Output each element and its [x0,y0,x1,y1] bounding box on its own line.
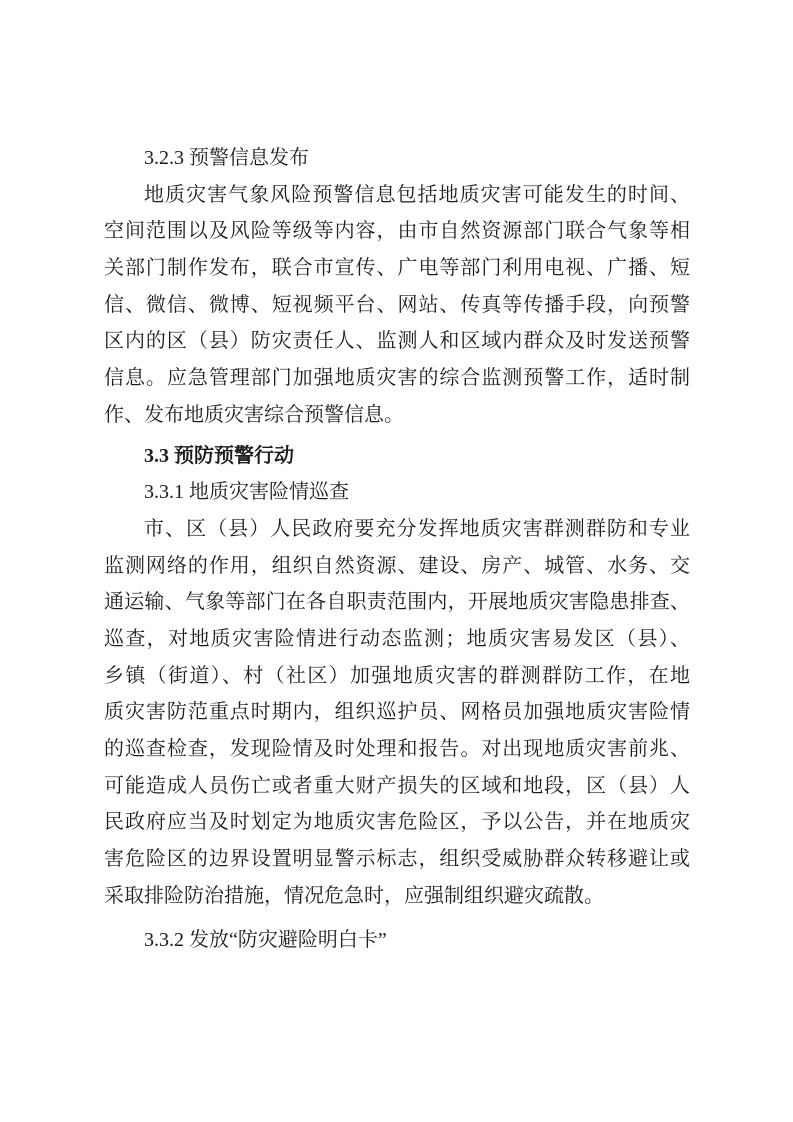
paragraph-1-line: 区内的区（县）防灾责任人、监测人和区域内群众及时发送预警 [104,323,690,360]
paragraph-2-line: 乡镇（街道）、村（社区）加强地质灾害的群测群防工作，在地 [104,658,690,695]
paragraph-2-line: 采取排险防治措施，情况危急时，应强制组织避灾疏散。 [104,878,690,915]
paragraph-2-line: 可能造成人员伤亡或者重大财产损失的区域和地段，区（县）人 [104,768,690,805]
paragraph-1-line: 作、发布地质灾害综合预警信息。 [104,397,690,434]
paragraph-2-line: 通运输、气象等部门在各自职责范围内，开展地质灾害隐患排查、 [104,584,690,621]
paragraph-2-line: 的巡查检查，发现险情及时处理和报告。对出现地质灾害前兆、 [104,731,690,768]
paragraph-2-line: 质灾害防范重点时期内，组织巡护员、网格员加强地质灾害险情 [104,694,690,731]
paragraph-2-line: 巡查，对地质灾害险情进行动态监测；地质灾害易发区（县）、 [104,621,690,658]
paragraph-2-line: 害危险区的边界设置明显警示标志，组织受威胁群众转移避让或 [104,841,690,878]
section-heading-3-3: 3.3 预防预警行动 [104,438,690,475]
paragraph-2-line: 市、区（县）人民政府要充分发挥地质灾害群测群防和专业 [104,511,690,548]
paragraph-1-line: 空间范围以及风险等级等内容，由市自然资源部门联合气象等相 [104,213,690,250]
section-heading-3-3-2: 3.3.2 发放“防灾避险明白卡” [104,922,690,959]
paragraph-2-line: 监测网络的作用，组织自然资源、建设、房产、城管、水务、交 [104,548,690,585]
section-heading-3-2-3: 3.2.3 预警信息发布 [104,140,690,177]
section-heading-3-3-1: 3.3.1 地质灾害险情巡查 [104,474,690,511]
paragraph-1-line: 信、微信、微博、短视频平台、网站、传真等传播手段，向预警 [104,287,690,324]
paragraph-1-line: 信息。应急管理部门加强地质灾害的综合监测预警工作，适时制 [104,360,690,397]
document-body: 3.2.3 预警信息发布 地质灾害气象风险预警信息包括地质灾害可能发生的时间、 … [104,140,690,959]
paragraph-1-line: 关部门制作发布，联合市宣传、广电等部门利用电视、广播、短 [104,250,690,287]
document-page: 3.2.3 预警信息发布 地质灾害气象风险预警信息包括地质灾害可能发生的时间、 … [0,0,793,1122]
paragraph-1-line: 地质灾害气象风险预警信息包括地质灾害可能发生的时间、 [104,177,690,214]
paragraph-2-line: 民政府应当及时划定为地质灾害危险区，予以公告，并在地质灾 [104,804,690,841]
